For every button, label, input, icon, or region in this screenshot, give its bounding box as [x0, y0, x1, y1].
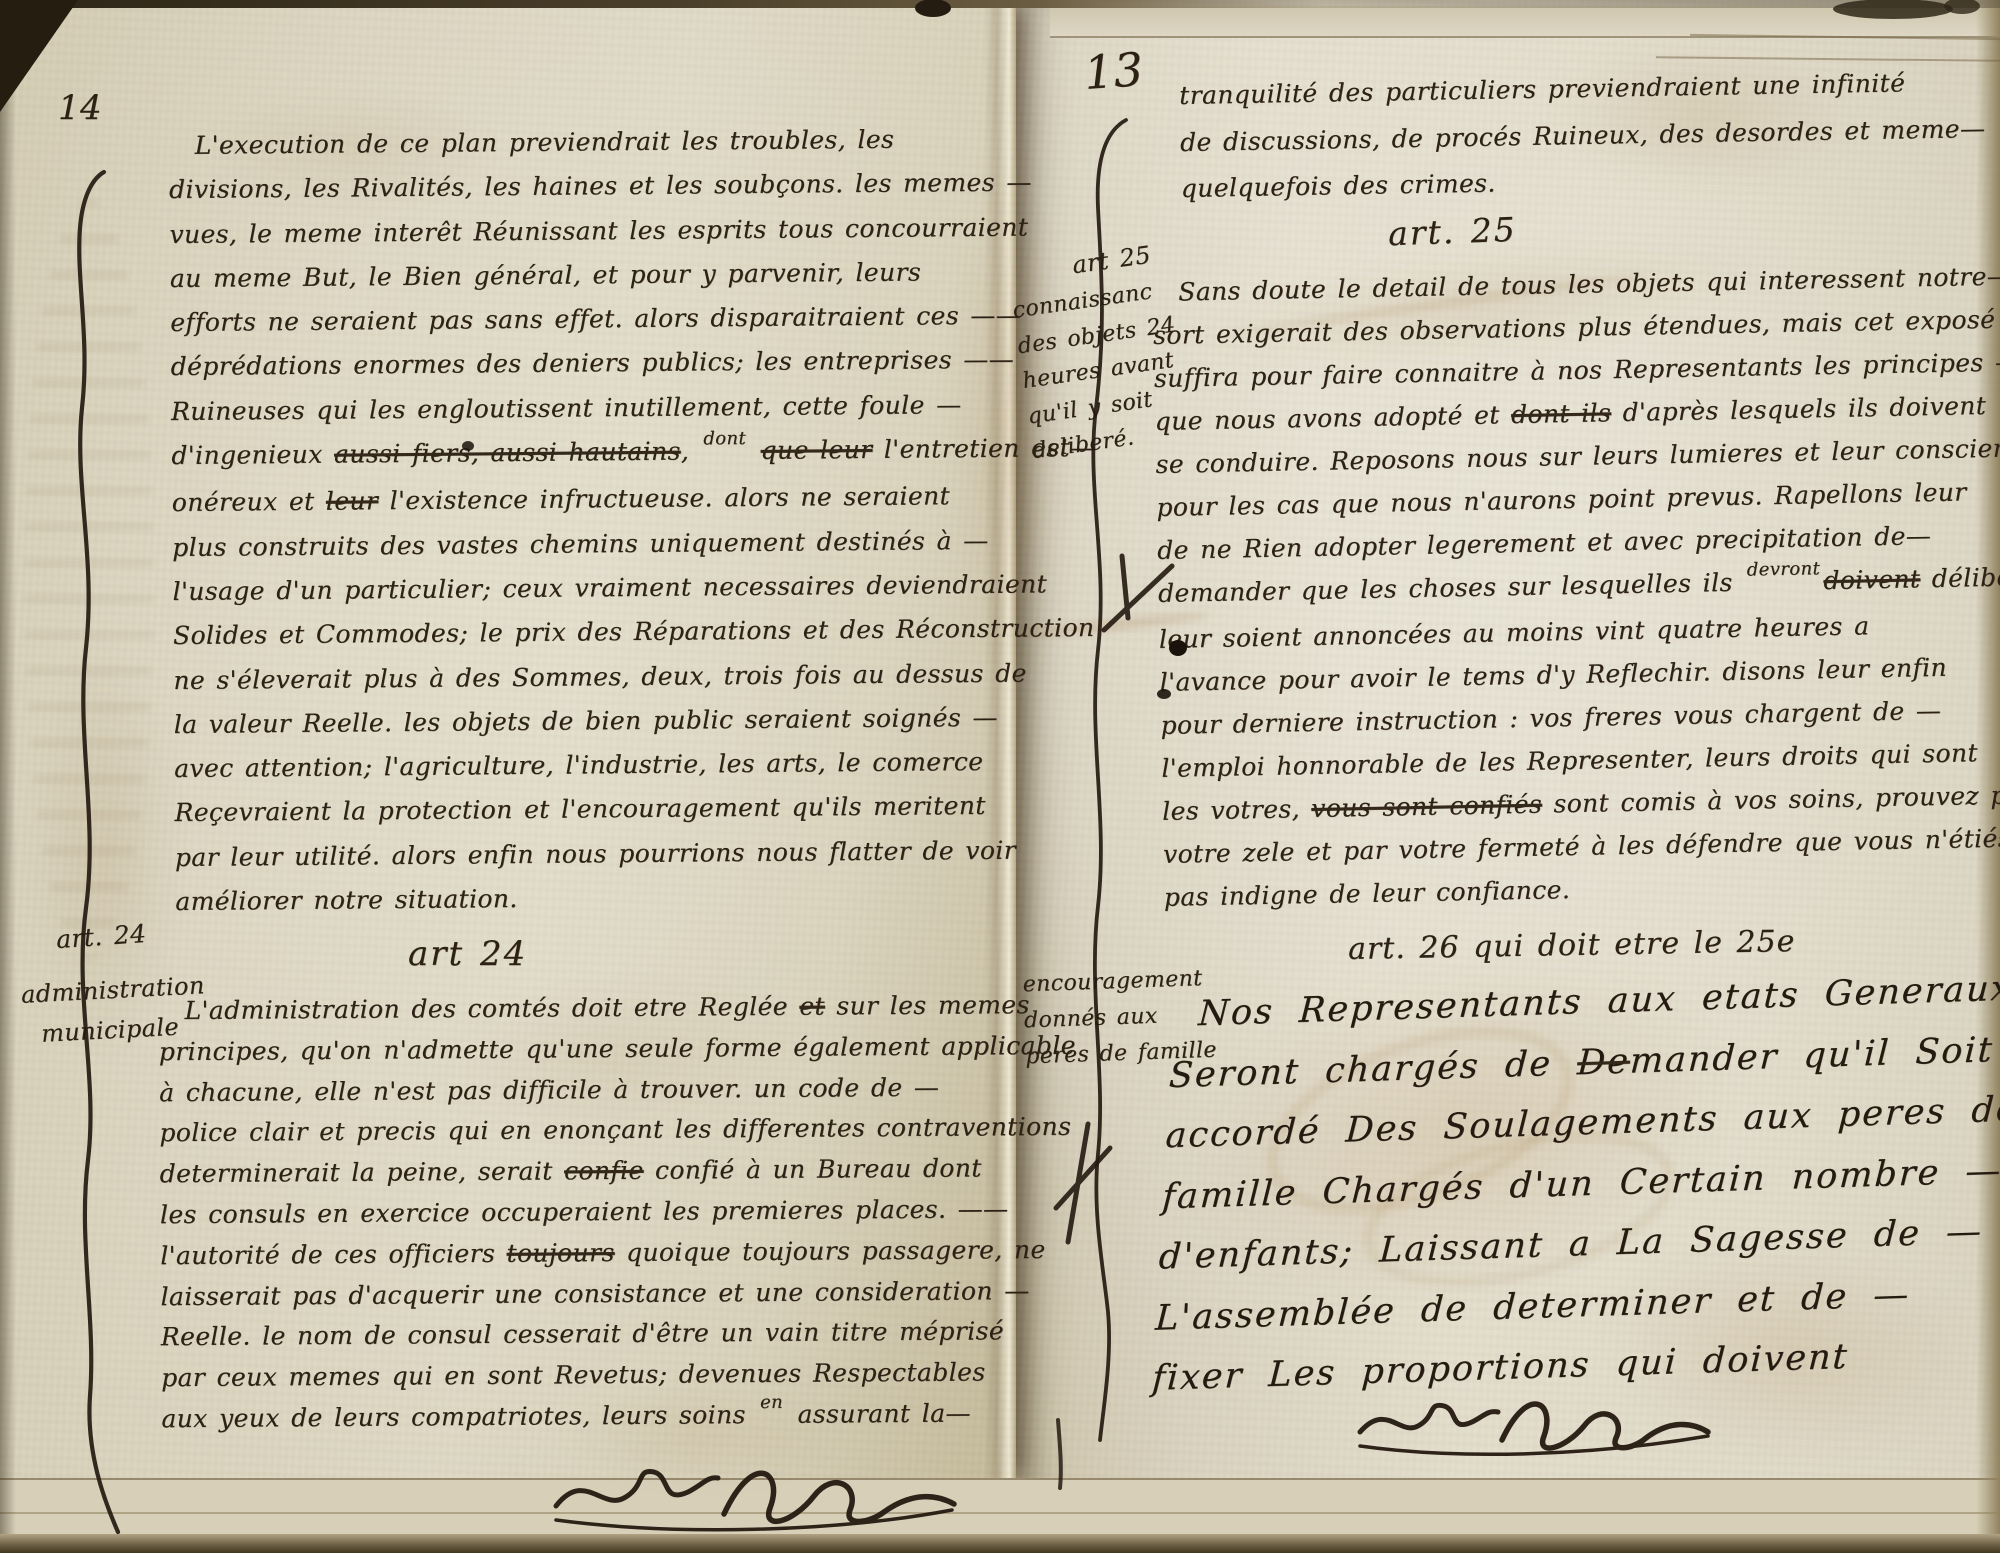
handwritten-text: [749, 436, 761, 465]
struck-out-text: et: [799, 992, 825, 1021]
handwritten-text: Ruineuses qui les engloutissent inutille…: [171, 390, 962, 426]
scan-top-edge: [0, 0, 2000, 8]
right-article-25-heading: art. 25: [1387, 210, 1517, 253]
handwritten-text: aux yeux de leurs compatriotes, leurs so…: [161, 1400, 757, 1433]
left-body-section-1: L'execution de ce plan previendrait les …: [169, 116, 1100, 924]
handwritten-text: par leur utilité. alors enfin nous pourr…: [175, 835, 1016, 871]
handwritten-text: quoique toujours passagere, ne: [615, 1235, 1046, 1267]
handwritten-text: de discussions, de procés Ruineux, des d…: [1180, 113, 1986, 156]
manuscript-line: Reelle. le nom de consul cesserait d'êtr…: [161, 1311, 1078, 1358]
manuscript-line: au meme But, le Bien général, et pour y …: [170, 249, 1094, 301]
handwritten-text: améliorer notre situation.: [175, 884, 518, 916]
right-body-section-1: tranquilité des particuliers previendrai…: [1179, 59, 1987, 213]
handwritten-text: les votres,: [1162, 794, 1312, 826]
handwritten-text: l'autorité de ces officiers: [160, 1239, 506, 1270]
manuscript-line: determinerait la peine, serait confie co…: [160, 1148, 1077, 1195]
handwritten-text: la valeur Reelle. les objets de bien pub…: [174, 703, 998, 739]
handwritten-text: que nous avons adopté et: [1154, 400, 1511, 436]
handwritten-text: sont comis à vos soins, prouvez par: [1542, 780, 2000, 818]
handwritten-text: Seront chargés de: [1168, 1043, 1578, 1096]
struck-out-text: aussi fiers, aussi hautains: [334, 437, 681, 469]
handwritten-text: l'existence infructueuse. alors ne serai…: [378, 482, 950, 516]
manuscript-scan: 14 L'execution de ce plan previendrait l…: [0, 0, 2000, 1553]
handwritten-text: par ceux memes qui en sont Revetus; deve…: [161, 1358, 986, 1393]
struck-out-text: confie: [564, 1156, 644, 1186]
right-body-section-2: Sans doute le detail de tous les objets …: [1152, 253, 2000, 919]
handwritten-text: les consuls en exercice occuperaient les…: [160, 1194, 1009, 1229]
handwritten-text: efforts ne seraient pas sans effet. alor…: [170, 301, 1021, 337]
struck-out-text: De: [1576, 1041, 1631, 1083]
scan-bottom-edge: [0, 1534, 2000, 1553]
manuscript-line: déprédations enormes des deniers publics…: [170, 337, 1094, 389]
manuscript-line: avec attention; l'agriculture, l'industr…: [174, 739, 1098, 791]
manuscript-line: par ceux memes qui en sont Revetus; deve…: [161, 1352, 1078, 1399]
struck-out-text: vous sont confiés: [1311, 790, 1542, 823]
handwritten-text: votre zele et par votre fermeté à les dé…: [1163, 824, 2000, 869]
handwritten-text: au meme But, le Bien général, et pour y …: [170, 257, 921, 293]
handwritten-text: plus construits des vastes chemins uniqu…: [172, 526, 989, 562]
interlinear-insertion: en: [760, 1383, 783, 1424]
handwritten-text: police clair et precis qui en enonçant l…: [159, 1112, 1071, 1147]
handwritten-text: quelquefois des crimes.: [1181, 169, 1496, 203]
handwritten-text: confié à un Bureau dont: [644, 1154, 982, 1185]
manuscript-line: vues, le meme interêt Réunissant les esp…: [169, 205, 1093, 257]
manuscript-line: la valeur Reelle. les objets de bien pub…: [174, 695, 1098, 747]
manuscript-line: les consuls en exercice occuperaient les…: [160, 1189, 1077, 1236]
right-page-number: 13: [1082, 42, 1145, 100]
handwritten-text: sur les memes: [825, 990, 1030, 1020]
struck-out-text: que leur: [760, 435, 872, 465]
handwritten-text: avec attention; l'agriculture, l'industr…: [174, 747, 983, 783]
manuscript-line: Ruineuses qui les engloutissent inutille…: [171, 382, 1095, 434]
manuscript-line: principes, qu'on n'admette qu'une seule …: [159, 1026, 1076, 1073]
manuscript-line: Reçevraient la protection et l'encourage…: [174, 783, 1098, 835]
handwritten-text: onéreux et: [172, 487, 326, 517]
manuscript-line: ne s'éleverait plus à des Sommes, deux, …: [173, 651, 1097, 703]
struck-out-text: leur: [326, 487, 379, 516]
handwritten-text: principes, qu'on n'admette qu'une seule …: [159, 1031, 1076, 1066]
manuscript-line: d'ingenieux aussi fiers, aussi hautains,…: [171, 426, 1095, 481]
handwritten-text: vues, le meme interêt Réunissant les esp…: [169, 212, 1028, 248]
struck-out-text: toujours: [506, 1238, 614, 1268]
interlinear-insertion: dont: [703, 417, 746, 462]
handwritten-text: demander que les choses sur lesquelles i…: [1158, 568, 1745, 608]
handwritten-text: ne s'éleverait plus à des Sommes, deux, …: [173, 658, 1027, 694]
scan-left-edge: [0, 0, 16, 1553]
handwritten-text: d'ingenieux: [171, 440, 334, 470]
manuscript-line: par leur utilité. alors enfin nous pourr…: [175, 828, 1099, 880]
manuscript-line: efforts ne seraient pas sans effet. alor…: [170, 293, 1094, 345]
handwritten-text: ,: [681, 436, 701, 465]
handwritten-text: determinerait la peine, serait: [160, 1157, 565, 1189]
handwritten-text: mander qu'il Soit: [1629, 1030, 1995, 1082]
handwritten-text: divisions, les Rivalités, les haines et …: [169, 168, 1032, 205]
right-body-section-3: Nos Representants aux etats GenerauxSero…: [1150, 958, 2000, 1409]
underlying-sheet-line: [0, 1512, 2000, 1514]
manuscript-line: divisions, les Rivalités, les haines et …: [169, 160, 1093, 212]
manuscript-line: police clair et precis qui en enonçant l…: [159, 1107, 1076, 1154]
manuscript-line: Solides et Commodes; le prix des Réparat…: [173, 606, 1097, 658]
handwritten-text: tranquilité des particuliers previendrai…: [1179, 68, 1906, 110]
manuscript-line: l'autorité de ces officiers toujours quo…: [160, 1230, 1077, 1277]
handwritten-text: pas indigne de leur confiance.: [1164, 875, 1571, 912]
manuscript-line: aux yeux de leurs compatriotes, leurs so…: [161, 1393, 1078, 1443]
handwritten-text: L'execution de ce plan previendrait les …: [195, 125, 895, 160]
manuscript-line: L'administration des comtés doit etre Re…: [184, 985, 1075, 1032]
handwritten-text: d'après lesquels ils doivent: [1611, 391, 1987, 427]
left-article-heading: art 24: [408, 934, 527, 974]
handwritten-text: L'administration des comtés doit etre Re…: [184, 992, 799, 1025]
handwritten-text: Solides et Commodes; le prix des Réparat…: [173, 613, 1095, 650]
handwritten-text: Reçevraient la protection et l'encourage…: [174, 791, 985, 827]
underlying-sheet-edge: [0, 1478, 2000, 1540]
handwritten-text: laisserait pas d'acquerir une consistanc…: [160, 1276, 1029, 1311]
handwritten-text: l'usage d'un particulier; ceux vraiment …: [172, 569, 1047, 606]
handwritten-text: leur soient annoncées au moins vint quat…: [1159, 611, 1870, 654]
manuscript-line: L'execution de ce plan previendrait les …: [195, 116, 1093, 168]
interlinear-insertion: devront: [1746, 547, 1820, 591]
struck-out-text: dont ils: [1511, 398, 1612, 429]
handwritten-text: déprédations enormes des deniers publics…: [171, 345, 1015, 381]
handwritten-text: donnés aux: [1024, 1004, 1158, 1034]
right-page-top-fold: [1050, 6, 2000, 38]
manuscript-line: laisserait pas d'acquerir une consistanc…: [160, 1270, 1077, 1317]
handwritten-text: Reelle. le nom de consul cesserait d'êtr…: [161, 1317, 1004, 1352]
handwritten-text: à chacune, elle n'est pas difficile à tr…: [159, 1072, 939, 1106]
handwritten-text: délibérer —: [1920, 561, 2000, 593]
manuscript-line: plus construits des vastes chemins uniqu…: [172, 518, 1096, 570]
left-body-section-2: L'administration des comtés doit etre Re…: [158, 985, 1078, 1443]
handwritten-text: fixer Les proportions qui doivent: [1151, 1337, 1850, 1399]
manuscript-line: à chacune, elle n'est pas difficile à tr…: [159, 1066, 1076, 1113]
struck-out-text: doivent: [1823, 564, 1920, 595]
handwritten-text: assurant la—: [786, 1399, 971, 1429]
manuscript-line: améliorer notre situation.: [175, 872, 1099, 924]
left-page-number: 14: [58, 88, 102, 128]
